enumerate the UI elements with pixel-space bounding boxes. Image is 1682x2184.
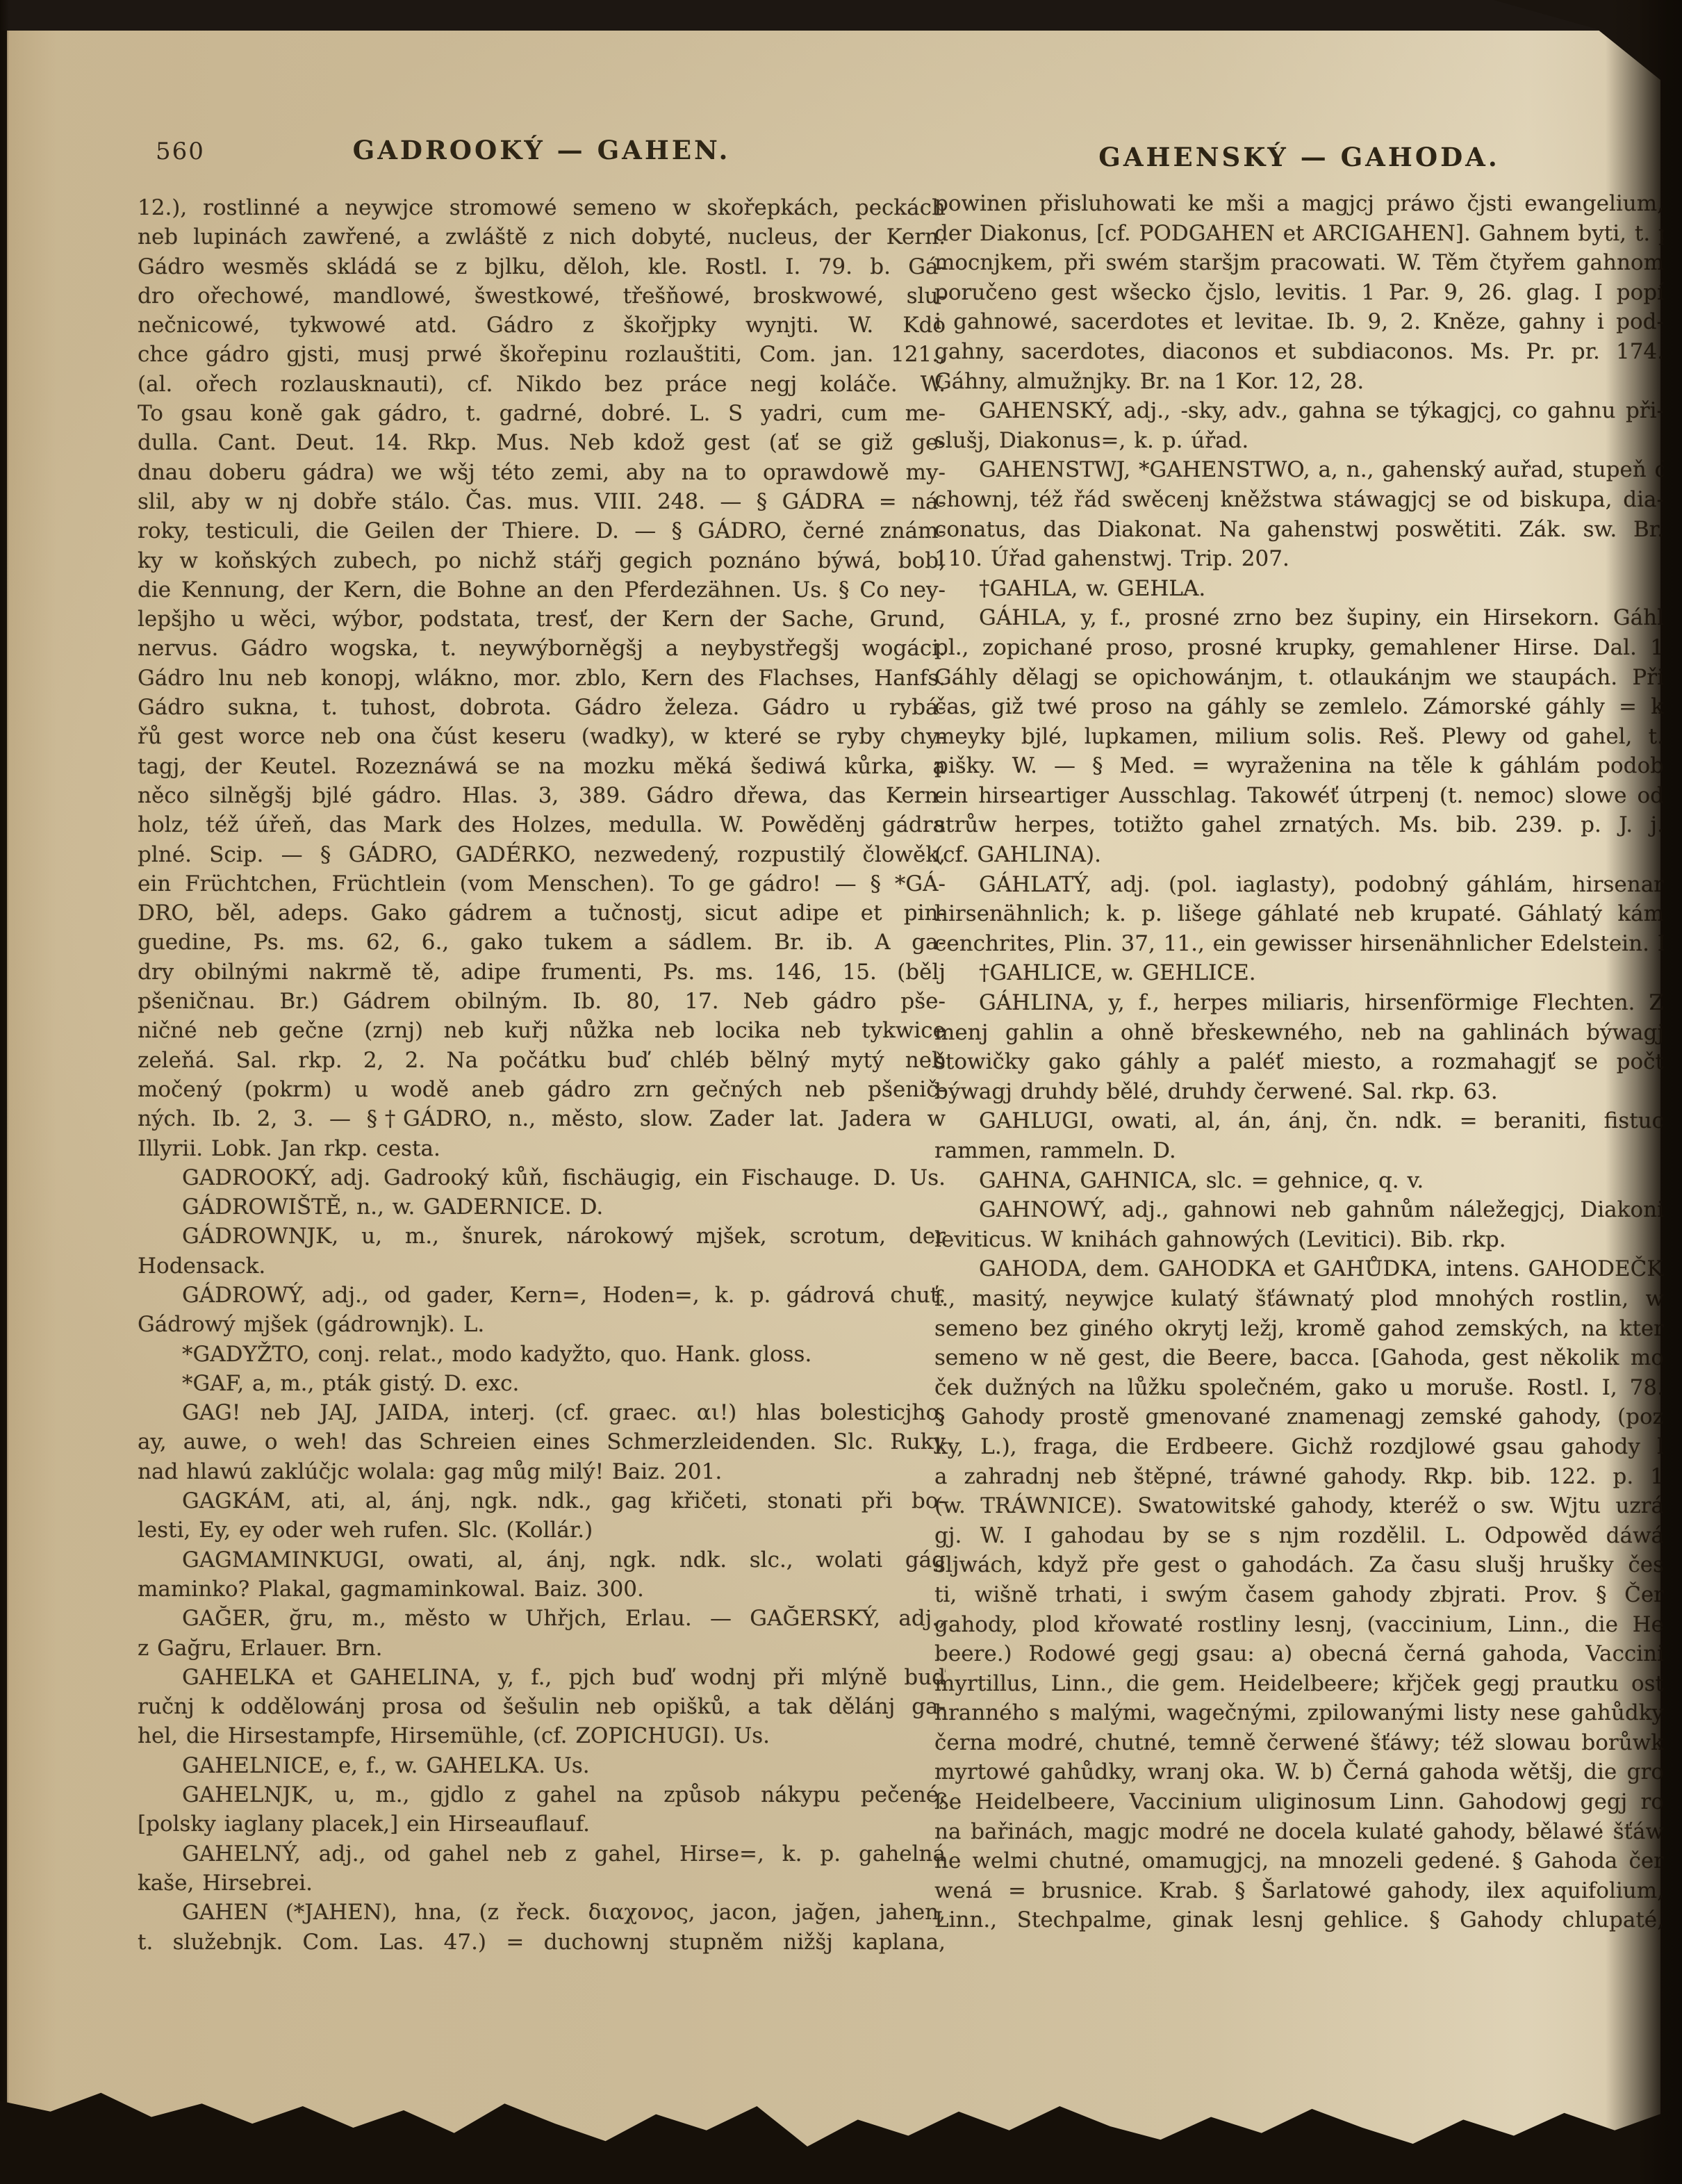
text-line: ay, auwe, o weh! das Schreien eines Schm… bbox=[138, 1427, 946, 1456]
text-line: †GAHLICE, w. GEHLICE. bbox=[934, 958, 1664, 988]
text-line: die Kennung, der Kern, die Bohne an den … bbox=[138, 575, 946, 605]
text-line: To gsau koně gak gádro, t. gadrné, dobré… bbox=[138, 399, 946, 428]
text-line: býwagj druhdy bělé, druhdy čerwené. Sal.… bbox=[934, 1077, 1664, 1107]
text-line: GÁDROWNJK, u, m., šnurek, nárokowý mjšek… bbox=[138, 1222, 946, 1251]
text-line: GAHEN (*JAHEN), hna, (z řeck. διαχονος, … bbox=[138, 1898, 946, 1927]
text-line: cenchrites, Plin. 37, 11., ein gewisser … bbox=[934, 929, 1664, 959]
left-edge-shadow bbox=[0, 0, 9, 2184]
text-line: gahny, sacerdotes, diaconos et subdiacon… bbox=[934, 337, 1664, 367]
text-line: ti, wišně trhati, i swým časem gahody zb… bbox=[934, 1580, 1664, 1610]
text-line: nervus. Gádro wogska, t. neywýborněgšj a… bbox=[138, 634, 946, 663]
text-line: [polsky iaglany placek,] ein Hirseauflau… bbox=[138, 1809, 946, 1839]
right-column-header: GAHENSKÝ — GAHODA. bbox=[934, 142, 1664, 172]
text-line: dnau doberu gádra) we wšj této zemi, aby… bbox=[138, 458, 946, 487]
text-line: GAHELKA et GAHELINA, y, f., pjch buď wod… bbox=[138, 1663, 946, 1692]
text-line: GAĞER, ğru, m., město w Uhřjch, Erlau. —… bbox=[138, 1604, 946, 1633]
text-line: Gádro wesměs skládá se z bjlku, děloh, k… bbox=[138, 252, 946, 281]
text-line: roky, testiculi, die Geilen der Thiere. … bbox=[138, 516, 946, 545]
text-line: zeleňá. Sal. rkp. 2, 2. Na počátku buď c… bbox=[138, 1046, 946, 1075]
text-line: myrtillus, Linn., die gem. Heidelbeere; … bbox=[934, 1669, 1664, 1699]
text-line: Illyrii. Lobk. Jan rkp. cesta. bbox=[138, 1134, 946, 1163]
page-gutter-shadow bbox=[1606, 0, 1682, 2184]
text-line: lesti, Ey, ey oder weh rufen. Slc. (Koll… bbox=[138, 1516, 946, 1545]
text-line: pšeničnau. Br.) Gádrem obilným. Ib. 80, … bbox=[138, 987, 946, 1016]
text-line: nečnicowé, tykwowé atd. Gádro z škořjpky… bbox=[138, 311, 946, 340]
text-line: Gádro lnu neb konopj, wlákno, mor. zblo,… bbox=[138, 664, 946, 693]
text-line: kaše, Hirsebrei. bbox=[138, 1869, 946, 1898]
text-line: semeno w ně gest, die Beere, bacca. [Gah… bbox=[934, 1343, 1664, 1373]
text-line: GAHELNICE, e, f., w. GAHELKA. Us. bbox=[138, 1751, 946, 1780]
text-line: nad hlawú zaklúčjc wolala: gag můg milý!… bbox=[138, 1457, 946, 1486]
text-line: pišky. W. — § Med. = wyraženina na těle … bbox=[934, 751, 1664, 781]
text-line: ein hirseartiger Ausschlag. Takowéť útrp… bbox=[934, 781, 1664, 811]
text-line: GADROOKÝ, adj. Gadrooký kůň, fischäugig,… bbox=[138, 1163, 946, 1192]
text-line: GÁDROWÝ, adj., od gader, Kern=, Hoden=, … bbox=[138, 1281, 946, 1310]
text-line: pl., zopichané proso, prosné krupky, gem… bbox=[934, 633, 1664, 663]
text-line: chce gádro gjsti, musj prwé škořepinu ro… bbox=[138, 340, 946, 369]
text-line: der Diakonus, [cf. PODGAHEN et ARCIGAHEN… bbox=[934, 219, 1664, 249]
text-line: f., masitý, neywjce kulatý šťáwnatý plod… bbox=[934, 1284, 1664, 1314]
text-line: ručnj k oddělowánj prosa od šešulin neb … bbox=[138, 1692, 946, 1721]
text-line: a zahradnj neb štěpné, tráwné gahody. Rk… bbox=[934, 1462, 1664, 1492]
text-line: t. služebnjk. Com. Las. 47.) = duchownj … bbox=[138, 1928, 946, 1957]
book-scan-page: 560 GADROOKÝ — GAHEN. GAHENSKÝ — GAHODA.… bbox=[0, 0, 1682, 2184]
text-line: černa modré, chutné, temně čerwené šťáwy… bbox=[934, 1728, 1664, 1758]
text-line: wená = brusnice. Krab. § Šarlatowé gahod… bbox=[934, 1876, 1664, 1906]
text-line: DRO, běl, adeps. Gako gádrem a tučnostj,… bbox=[138, 898, 946, 928]
text-line: GAHELNÝ, adj., od gahel neb z gahel, Hir… bbox=[138, 1839, 946, 1869]
text-line: § Gahody prostě gmenované znamenagj zems… bbox=[934, 1402, 1664, 1432]
text-line: GAHNA, GAHNICA, slc. = gehnice, q. v. bbox=[934, 1166, 1664, 1196]
text-line: Gádrowý mjšek (gádrownjk). L. bbox=[138, 1310, 946, 1339]
text-line: poručeno gest wšecko čjslo, levitis. 1 P… bbox=[934, 278, 1664, 308]
text-line: (cf. GAHLINA). bbox=[934, 840, 1664, 870]
text-line: *GAF, a, m., pták gistý. D. exc. bbox=[138, 1369, 946, 1398]
text-line: guedine, Ps. ms. 62, 6., gako tukem a sá… bbox=[138, 928, 946, 957]
text-line: 12.), rostlinné a neywjce stromowé semen… bbox=[138, 193, 946, 222]
left-text-column: 12.), rostlinné a neywjce stromowé semen… bbox=[138, 193, 946, 1957]
text-line: mocnjkem, při swém staršjm pracowati. W.… bbox=[934, 248, 1664, 278]
text-line: ße Heidelbeere, Vaccinium uliginosum Lin… bbox=[934, 1787, 1664, 1817]
text-line: GAHNOWÝ, adj., gahnowi neb gahnům náleže… bbox=[934, 1195, 1664, 1225]
text-line: (w. TRÁWNICE). Swatowitské gahody, které… bbox=[934, 1491, 1664, 1521]
text-line: plné. Scip. — § GÁDRO, GADÉRKO, nezweden… bbox=[138, 840, 946, 869]
text-line: †GAHLA, w. GEHLA. bbox=[934, 574, 1664, 604]
text-line: ček dužných na lůžku společném, gako u m… bbox=[934, 1373, 1664, 1403]
text-line: z Gağru, Erlauer. Brn. bbox=[138, 1634, 946, 1663]
left-column-header: GADROOKÝ — GAHEN. bbox=[138, 135, 946, 165]
text-line: semeno bez giného okrytj ležj, kromě gah… bbox=[934, 1314, 1664, 1344]
text-line: meyky bjlé, lupkamen, milium solis. Reš.… bbox=[934, 722, 1664, 752]
text-line: myrtowé gahůdky, wranj oka. W. b) Černá … bbox=[934, 1757, 1664, 1787]
text-line: leviticus. W knihách gahnowých (Levitici… bbox=[934, 1225, 1664, 1255]
text-line: holz, též úřeň, das Mark des Holzes, med… bbox=[138, 810, 946, 839]
text-line: ky, L.), fraga, die Erdbeere. Gichž rozd… bbox=[934, 1432, 1664, 1462]
text-line: conatus, das Diakonat. Na gahenstwj posw… bbox=[934, 515, 1664, 545]
text-line: GÁHLATÝ, adj. (pol. iaglasty), podobný g… bbox=[934, 870, 1664, 900]
text-line: Gáhny, almužnjky. Br. na 1 Kor. 12, 28. bbox=[934, 367, 1664, 397]
text-line: řů gest worce neb ona čúst keseru (wadky… bbox=[138, 722, 946, 751]
text-line: tagj, der Keutel. Rozeznáwá se na mozku … bbox=[138, 752, 946, 781]
text-line: lepšjho u wěci, wýbor, podstata, tresť, … bbox=[138, 605, 946, 634]
text-line: dro ořechowé, mandlowé, šwestkowé, třešň… bbox=[138, 281, 946, 311]
text-line: hirsenähnlich; k. p. lišege gáhlaté neb … bbox=[934, 899, 1664, 929]
text-line: Gádro sukna, t. tuhost, dobrota. Gádro ž… bbox=[138, 693, 946, 722]
text-line: GAG! neb JAJ, JAIDA, interj. (cf. graec.… bbox=[138, 1398, 946, 1427]
text-line: GÁDROWIŠTĚ, n., w. GADERNICE. D. bbox=[138, 1192, 946, 1222]
text-line: GAGKÁM, ati, al, ánj, ngk. ndk., gag kři… bbox=[138, 1486, 946, 1516]
text-line: Hodensack. bbox=[138, 1251, 946, 1281]
text-line: hranného s malými, wagečnými, zpilowaným… bbox=[934, 1698, 1664, 1728]
text-line: gj. W. I gahodau by se s njm rozdělil. L… bbox=[934, 1521, 1664, 1551]
text-line: ničné neb gečne (zrnj) neb kuřj nůžka ne… bbox=[138, 1016, 946, 1045]
text-line: gahody, plod křowaté rostliny lesnj, (va… bbox=[934, 1610, 1664, 1640]
text-line: powinen přisluhowati ke mši a magjcj prá… bbox=[934, 189, 1664, 219]
text-line: Gáhly dělagj se opichowánjm, t. otlaukán… bbox=[934, 663, 1664, 693]
text-line: sljwách, když pře gest o gahodách. Za ča… bbox=[934, 1550, 1664, 1580]
text-line: strůw herpes, totižto gahel zrnatých. Ms… bbox=[934, 810, 1664, 840]
text-line: beere.) Rodowé gegj gsau: a) obecná čern… bbox=[934, 1639, 1664, 1669]
text-line: GAGMAMINKUGI, owati, al, ánj, ngk. ndk. … bbox=[138, 1545, 946, 1575]
text-line: dry obilnými nakrmě tě, adipe frumenti, … bbox=[138, 958, 946, 987]
text-line: chownj, též řád swěcenj kněžstwa stáwagj… bbox=[934, 485, 1664, 515]
right-text-column: powinen přisluhowati ke mši a magjcj prá… bbox=[934, 189, 1664, 1935]
text-line: na bařinách, magjc modré ne docela kulat… bbox=[934, 1817, 1664, 1847]
text-line: GAHODA, dem. GAHODKA et GAHŮDKA, intens.… bbox=[934, 1254, 1664, 1284]
text-line: slil, aby w nj dobře stálo. Čas. mus. VI… bbox=[138, 487, 946, 516]
text-line: GAHELNJK, u, m., gjdlo z gahel na způsob… bbox=[138, 1780, 946, 1809]
text-line: štowičky gako gáhly a paléť miesto, a ro… bbox=[934, 1047, 1664, 1077]
text-line: GÁHLINA, y, f., herpes miliaris, hirsenf… bbox=[934, 988, 1664, 1018]
text-line: dulla. Cant. Deut. 14. Rkp. Mus. Neb kdo… bbox=[138, 428, 946, 457]
text-line: GAHLUGI, owati, al, án, ánj, čn. ndk. = … bbox=[934, 1106, 1664, 1136]
text-line: močený (pokrm) u wodě aneb gádro zrn geč… bbox=[138, 1075, 946, 1104]
text-line: Linn., Stechpalme, ginak lesnj gehlice. … bbox=[934, 1905, 1664, 1935]
text-line: čas, giž twé proso na gáhly se zemlelo. … bbox=[934, 692, 1664, 722]
text-line: menj gahlin a ohně břeskewného, neb na g… bbox=[934, 1018, 1664, 1048]
text-line: neb lupinách zawřené, a zwláště z nich d… bbox=[138, 222, 946, 252]
text-line: i gahnowé, sacerdotes et levitae. Ib. 9,… bbox=[934, 307, 1664, 337]
text-line: ky w koňských zubech, po nichž stářj geg… bbox=[138, 546, 946, 575]
text-line: ein Früchtchen, Früchtlein (vom Menschen… bbox=[138, 869, 946, 898]
text-line: GÁHLA, y, f., prosné zrno bez šupiny, ei… bbox=[934, 603, 1664, 633]
text-line: hel, die Hirsestampfe, Hirsemühle, (cf. … bbox=[138, 1721, 946, 1750]
text-line: slušj, Diakonus=, k. p. úřad. bbox=[934, 426, 1664, 456]
top-edge-shadow bbox=[0, 0, 1682, 31]
text-line: (al. ořech rozlausknauti), cf. Nikdo bez… bbox=[138, 370, 946, 399]
text-line: něco silněgšj bjlé gádro. Hlas. 3, 389. … bbox=[138, 781, 946, 810]
text-line: 110. Úřad gahenstwj. Trip. 207. bbox=[934, 544, 1664, 574]
text-line: maminko? Plakal, gagmaminkowal. Baiz. 30… bbox=[138, 1575, 946, 1604]
text-line: *GADYŽTO, conj. relat., modo kadyžto, qu… bbox=[138, 1340, 946, 1369]
text-line: rammen, rammeln. D. bbox=[934, 1136, 1664, 1166]
text-line: GAHENSTWJ, *GAHENSTWO, a, n., gahenský a… bbox=[934, 455, 1664, 485]
text-line: ne welmi chutné, omamugjcj, na mnozeli g… bbox=[934, 1846, 1664, 1876]
text-line: ných. Ib. 2, 3. — §†GÁDRO, n., město, sl… bbox=[138, 1104, 946, 1133]
text-line: GAHENSKÝ, adj., -sky, adv., gahna se týk… bbox=[934, 396, 1664, 426]
